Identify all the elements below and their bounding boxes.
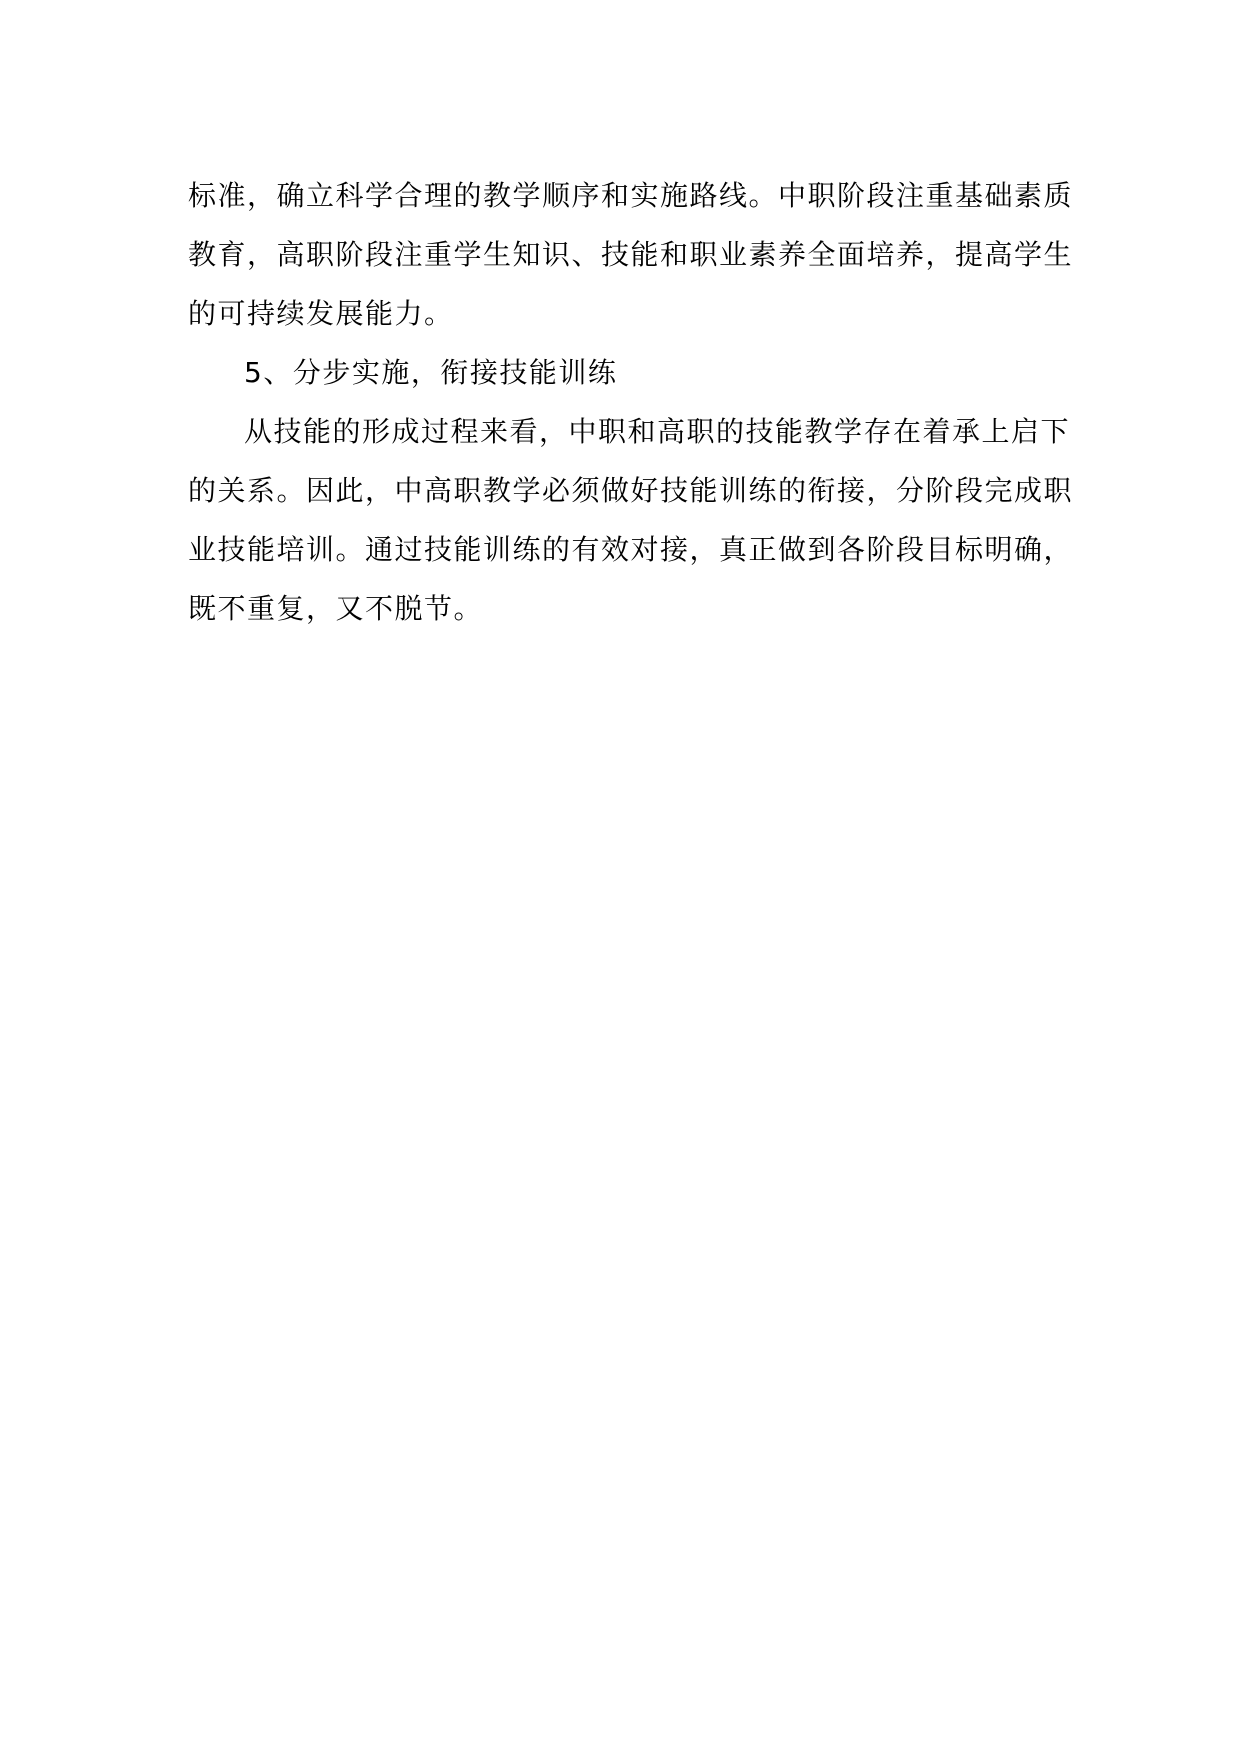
text-line: 业技能培训。通过技能训练的有效对接，真正做到各阶段目标明确， xyxy=(188,520,1058,579)
document-body: 标准，确立科学合理的教学顺序和实施路线。中职阶段注重基础素质 教育，高职阶段注重… xyxy=(188,166,1058,638)
text-line: 既不重复，又不脱节。 xyxy=(188,579,1058,638)
paragraph-continuation: 标准，确立科学合理的教学顺序和实施路线。中职阶段注重基础素质 教育，高职阶段注重… xyxy=(188,166,1058,343)
text-line: 从技能的形成过程来看，中职和高职的技能教学存在着承上启下 xyxy=(188,402,1058,461)
section-heading: 5、分步实施，衔接技能训练 xyxy=(188,343,1058,402)
text-line: 标准，确立科学合理的教学顺序和实施路线。中职阶段注重基础素质 xyxy=(188,166,1058,225)
text-line: 的关系。因此，中高职教学必须做好技能训练的衔接，分阶段完成职 xyxy=(188,461,1058,520)
text-line: 的可持续发展能力。 xyxy=(188,284,1058,343)
heading-text: 5、分步实施，衔接技能训练 xyxy=(188,343,1058,402)
text-line: 教育，高职阶段注重学生知识、技能和职业素养全面培养，提高学生 xyxy=(188,225,1058,284)
document-page: 标准，确立科学合理的教学顺序和实施路线。中职阶段注重基础素质 教育，高职阶段注重… xyxy=(0,0,1240,1755)
paragraph-body: 从技能的形成过程来看，中职和高职的技能教学存在着承上启下 的关系。因此，中高职教… xyxy=(188,402,1058,638)
